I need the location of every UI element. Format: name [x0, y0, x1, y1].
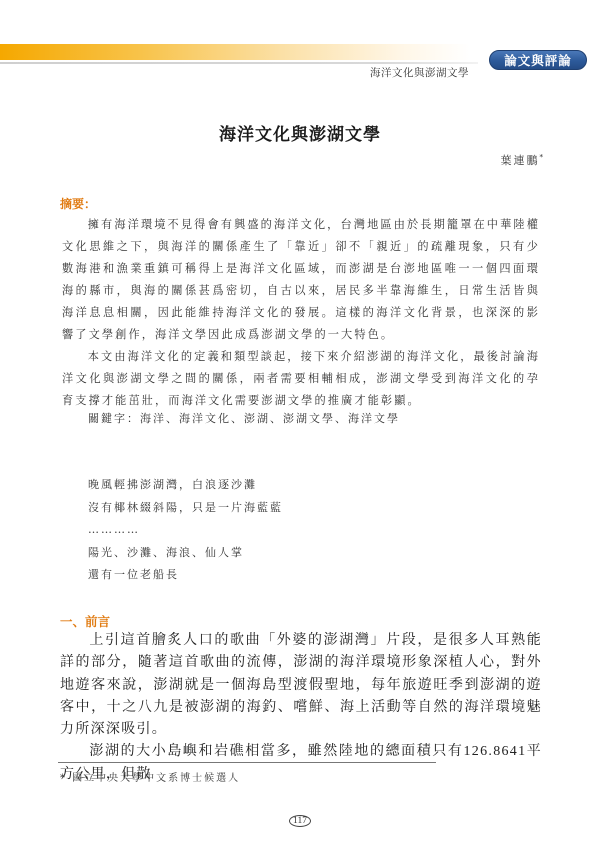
header-rule — [0, 62, 478, 64]
author-name: 葉連鵬 — [501, 154, 540, 167]
abstract-paragraph: 本文由海洋文化的定義和類型談起，接下來介紹澎湖的海洋文化，最後討論海洋文化與澎湖… — [62, 346, 540, 412]
poem-ellipsis: ………… — [88, 519, 283, 542]
abstract-paragraph: 擁有海洋環境不見得會有興盛的海洋文化，台灣地區由於長期籠罩在中華陸權文化思維之下… — [62, 214, 540, 346]
poem-line: 晚風輕拂澎湖灣，白浪逐沙灘 — [88, 474, 283, 497]
article-title: 海洋文化與澎湖文學 — [0, 120, 600, 145]
author-footnote-mark: * — [540, 153, 544, 161]
footnote: * 國立中央大學中文系博士候選人 — [60, 769, 240, 784]
section-badge: 論文與評論 — [489, 50, 587, 70]
poem-line: 還有一位老船長 — [88, 564, 283, 587]
keywords: 關鍵字：海洋、海洋文化、澎湖、澎湖文學、海洋文學 — [88, 410, 400, 426]
page-number: 117 — [289, 815, 311, 827]
poem-quote: 晚風輕拂澎湖灣，白浪逐沙灘 沒有椰林綴斜陽，只是一片海藍藍 ………… 陽光、沙灘… — [88, 474, 283, 587]
poem-line: 陽光、沙灘、海浪、仙人掌 — [88, 542, 283, 565]
body-paragraph: 上引這首膾炙人口的歌曲「外婆的澎湖灣」片段，是很多人耳熟能詳的部分，隨著這首歌曲… — [60, 630, 542, 741]
footnote-rule — [58, 762, 436, 763]
poem-line: 沒有椰林綴斜陽，只是一片海藍藍 — [88, 497, 283, 520]
header-gradient-bar — [0, 44, 470, 60]
abstract-label: 摘要： — [60, 195, 96, 212]
abstract: 擁有海洋環境不見得會有興盛的海洋文化，台灣地區由於長期籠罩在中華陸權文化思維之下… — [62, 214, 540, 412]
author: 葉連鵬* — [501, 152, 544, 168]
section-heading-introduction: 一、前言 — [60, 612, 110, 630]
running-title: 海洋文化與澎湖文學 — [370, 65, 469, 80]
